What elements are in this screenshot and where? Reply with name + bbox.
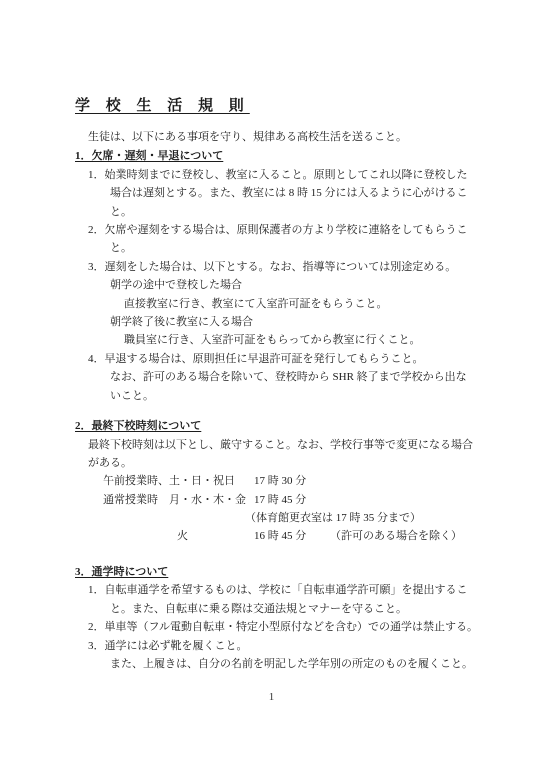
document-page: 学 校 生 活 規 則 生徒は、以下にある事項を守り、規律ある高校生活を送ること… — [0, 0, 543, 768]
document-content: 学 校 生 活 規 則 生徒は、以下にある事項を守り、規律ある高校生活を送ること… — [75, 95, 485, 673]
body-line: 1．始業時刻までに登校し、教室に入ること。原則としてこれ以降に登校した — [88, 166, 485, 184]
body-line: いこと。 — [110, 387, 485, 405]
body-line: 最終下校時刻は以下とし、厳守すること。なお、学校行事等で変更になる場合 — [88, 436, 485, 454]
timetable-note: （許可のある場合を除く） — [330, 527, 462, 545]
body-line: と。 — [110, 239, 485, 257]
body-line: なお、許可のある場合を除いて、登校時から SHR 終了まで学校から出な — [110, 368, 485, 386]
document-title: 学 校 生 活 規 則 — [75, 95, 485, 117]
timetable-row: 午前授業時、土・日・祝日 17 時 30 分 — [75, 472, 485, 490]
timetable-row: （体育館更衣室は 17 時 35 分まで） — [75, 509, 485, 527]
timetable-label: 通常授業時 月・水・木・金 — [103, 491, 246, 509]
timetable-time: 17 時 30 分 — [254, 472, 306, 490]
body-line: 2．欠席や遅刻をする場合は、原則保護者の方より学校に連絡をしてもらうこ — [88, 221, 485, 239]
body-line: 3．通学には必ず靴を履くこと。 — [88, 637, 485, 655]
body-line: 4．早退する場合は、原則担任に早退許可証を発行してもらうこと。 — [88, 350, 485, 368]
section3-heading: 3．通学時について — [75, 563, 485, 581]
timetable-time: 17 時 45 分 — [254, 491, 306, 509]
timetable-note: （体育館更衣室は 17 時 35 分まで） — [245, 509, 421, 527]
body-line: 朝学終了後に教室に入る場合 — [110, 313, 485, 331]
body-line: がある。 — [88, 454, 485, 472]
timetable-row: 通常授業時 月・水・木・金 17 時 45 分 — [75, 491, 485, 509]
body-line: 場合は遅刻とする。また、教室には 8 時 15 分には入るように心がけるこ — [110, 184, 485, 202]
body-line: と。 — [110, 203, 485, 221]
body-line: 朝学の途中で登校した場合 — [110, 276, 485, 294]
timetable-label: 午前授業時、土・日・祝日 — [103, 472, 235, 490]
body-line: 1．自転車通学を希望するものは、学校に「自転車通学許可願」を提出するこ — [88, 581, 485, 599]
body-line: また、上履きは、自分の名前を明記した学年別の所定のものを履くこと。 — [110, 655, 485, 673]
body-line: 直接教室に行き、教室にて入室許可証をもらうこと。 — [124, 295, 485, 313]
body-line: 3．遅刻をした場合は、以下とする。なお、指導等については別途定める。 — [88, 258, 485, 276]
section1-heading: 1．欠席・遅刻・早退について — [75, 147, 485, 165]
body-line: 2．単車等（フル電動自転車・特定小型原付などを含む）での通学は禁止する。 — [88, 618, 485, 636]
intro-line: 生徒は、以下にある事項を守り、規律ある高校生活を送ること。 — [88, 128, 485, 146]
section2-heading: 2．最終下校時刻について — [75, 417, 485, 435]
page-number: 1 — [0, 691, 543, 703]
timetable-time: 16 時 45 分 — [254, 527, 306, 545]
timetable-label: 火 — [177, 527, 188, 545]
body-line: と。また、自転車に乗る際は交通法規とマナーを守ること。 — [110, 600, 485, 618]
timetable-row: 火 16 時 45 分 （許可のある場合を除く） — [75, 527, 485, 545]
body-line: 職員室に行き、入室許可証をもらってから教室に行くこと。 — [124, 331, 485, 349]
